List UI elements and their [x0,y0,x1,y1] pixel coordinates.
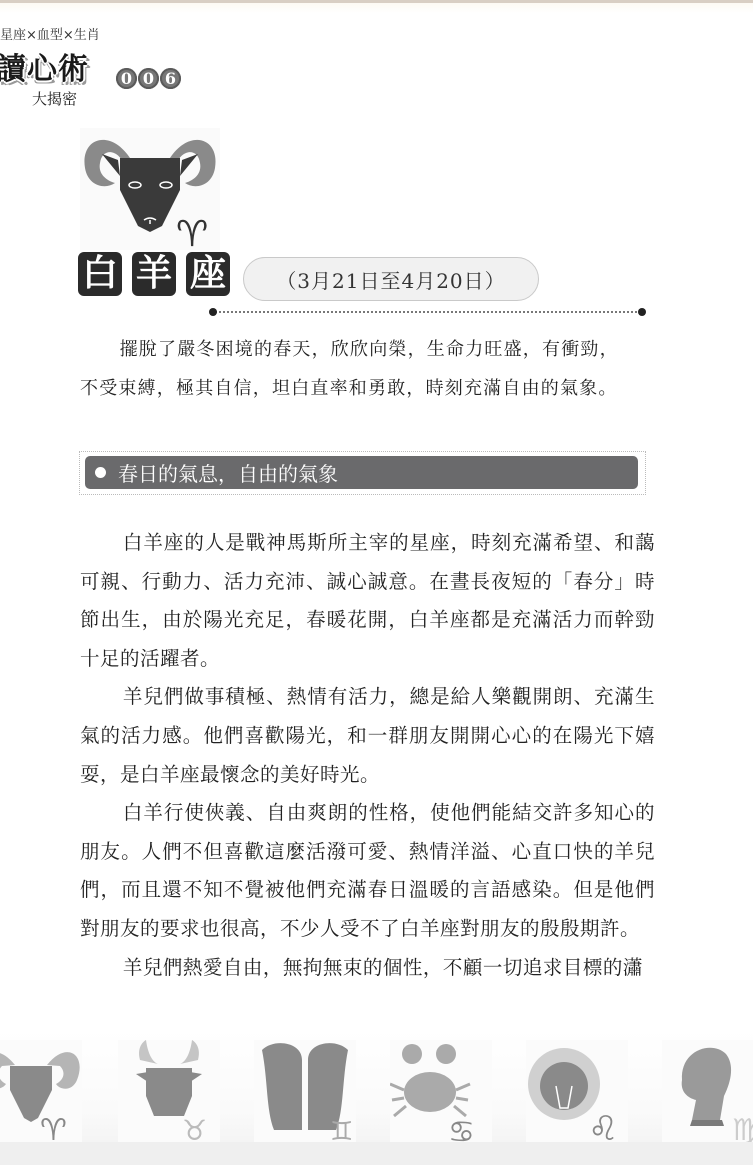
title-char: 羊 [132,252,176,296]
intro-line: 擺脫了嚴冬困境的春天，欣欣向榮，生命力旺盛，有衝勁， [80,330,655,369]
section-header: 春日的氣息，自由的氣象 [79,451,646,495]
svg-text:♊: ♊ [330,1117,353,1142]
body-paragraph: 羊兒們熱愛自由，無拘無束的個性，不顧一切追求目標的瀟 [80,949,655,988]
divider-dot-right [638,308,646,316]
series-logo: 星座×血型×生肖 讀心術 大揭密 0 0 6 [0,18,200,118]
date-range-badge: （3月21日至4月20日） [243,257,539,301]
series-title: 讀心術 [0,44,89,88]
body-text: 白羊座的人是戰神馬斯所主宰的星座，時刻充滿希望、和藹可親、行動力、活力充沛、誠心… [80,524,655,987]
body-paragraph: 羊兒們做事積極、熱情有活力，總是給人樂觀開朗、充滿生氣的活力感。他們喜歡陽光，和… [80,678,655,794]
sign-title: 白 羊 座 [78,252,230,296]
body-paragraph: 白羊行使俠義、自由爽朗的性格，使他們能結交許多知心的朋友。人們不但喜歡這麼活潑可… [80,794,655,948]
svg-text:♈: ♈ [40,1113,67,1142]
top-tint [0,3,753,13]
page-digit: 6 [160,68,181,89]
svg-text:♋: ♋ [448,1115,475,1142]
divider-dot-left [209,308,217,316]
dotted-divider [212,311,644,315]
page-number: 0 0 6 [116,68,181,89]
lion-head-icon: ♌ [526,1040,628,1142]
ram-head-icon: ♈ [80,128,220,250]
section-heading: 春日的氣息，自由的氣象 [118,458,338,487]
series-footer: 大揭密 [32,88,77,109]
title-char: 座 [186,252,230,296]
svg-text:♉: ♉ [182,1114,207,1142]
svg-text:♌: ♌ [588,1109,618,1142]
series-subtitle: 星座×血型×生肖 [0,24,100,43]
title-char: 白 [78,252,122,296]
page-digit: 0 [138,68,159,89]
maiden-icon: ♍ [662,1040,753,1142]
intro-line: 不受束縛，極其自信，坦白直率和勇敢，時刻充滿自由的氣象。 [80,369,655,408]
svg-text:♍: ♍ [732,1113,753,1142]
bull-head-icon: ♉ [118,1040,220,1142]
zodiac-strip-band [0,1142,753,1165]
bullet-icon [95,467,106,478]
intro-text: 擺脫了嚴冬困境的春天，欣欣向榮，生命力旺盛，有衝勁， 不受束縛，極其自信，坦白直… [80,330,655,408]
section-bar: 春日的氣息，自由的氣象 [85,456,638,489]
svg-text:♈: ♈ [176,214,208,250]
crab-icon: ♋ [390,1040,492,1142]
page-digit: 0 [116,68,137,89]
body-paragraph: 白羊座的人是戰神馬斯所主宰的星座，時刻充滿希望、和藹可親、行動力、活力充沛、誠心… [80,524,655,678]
twins-icon: ♊ [254,1040,356,1142]
ram-head-icon: ♈ [0,1040,82,1142]
